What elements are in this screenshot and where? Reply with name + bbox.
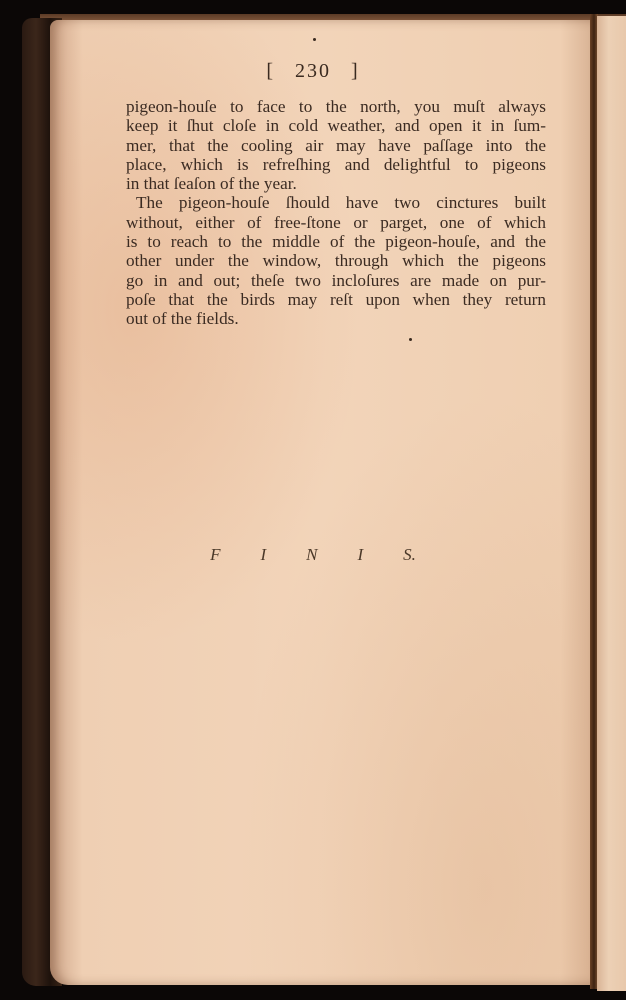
text-line: without, either of free-ſtone or parget,… [126, 213, 546, 232]
text-line: keep it ſhut cloſe in cold weather, and … [126, 116, 546, 135]
finis-letter: S. [403, 545, 416, 565]
bracket-open: [ [266, 60, 275, 82]
page-body-text: pigeon-houſe to face to the north, you m… [126, 97, 546, 329]
text-line: other under the window, through which th… [126, 251, 546, 270]
book-photo: [230] pigeon-houſe to face to the north,… [0, 0, 626, 1000]
ink-fleck [313, 38, 316, 41]
page-number-header: [230] [0, 60, 626, 83]
paragraph-1: pigeon-houſe to face to the north, you m… [126, 97, 546, 193]
bracket-close: ] [351, 60, 360, 82]
ink-fleck [409, 338, 412, 341]
text-line: place, which is refreſhing and delightfu… [126, 155, 546, 174]
text-line: out of the fields. [126, 309, 546, 328]
text-line: mer, that the cooling air may have paſſa… [126, 136, 546, 155]
finis-letter: F [210, 545, 220, 565]
facing-page-edge [597, 16, 626, 991]
text-line: go in and out; theſe two incloſures are … [126, 271, 546, 290]
text-line: poſe that the birds may reſt upon when t… [126, 290, 546, 309]
text-line: pigeon-houſe to face to the north, you m… [126, 97, 546, 116]
page-number: 230 [295, 60, 331, 82]
finis-letter: N [306, 545, 317, 565]
paragraph-2: The pigeon-houſe ſhould have two cinctur… [126, 193, 546, 328]
finis-letter: I [357, 545, 363, 565]
text-line: The pigeon-houſe ſhould have two cinctur… [126, 193, 546, 212]
text-line: in that ſeaſon of the year. [126, 174, 546, 193]
finis-colophon: FINIS. [0, 545, 626, 565]
finis-letter: I [260, 545, 266, 565]
text-line: is to reach to the middle of the pigeon-… [126, 232, 546, 251]
